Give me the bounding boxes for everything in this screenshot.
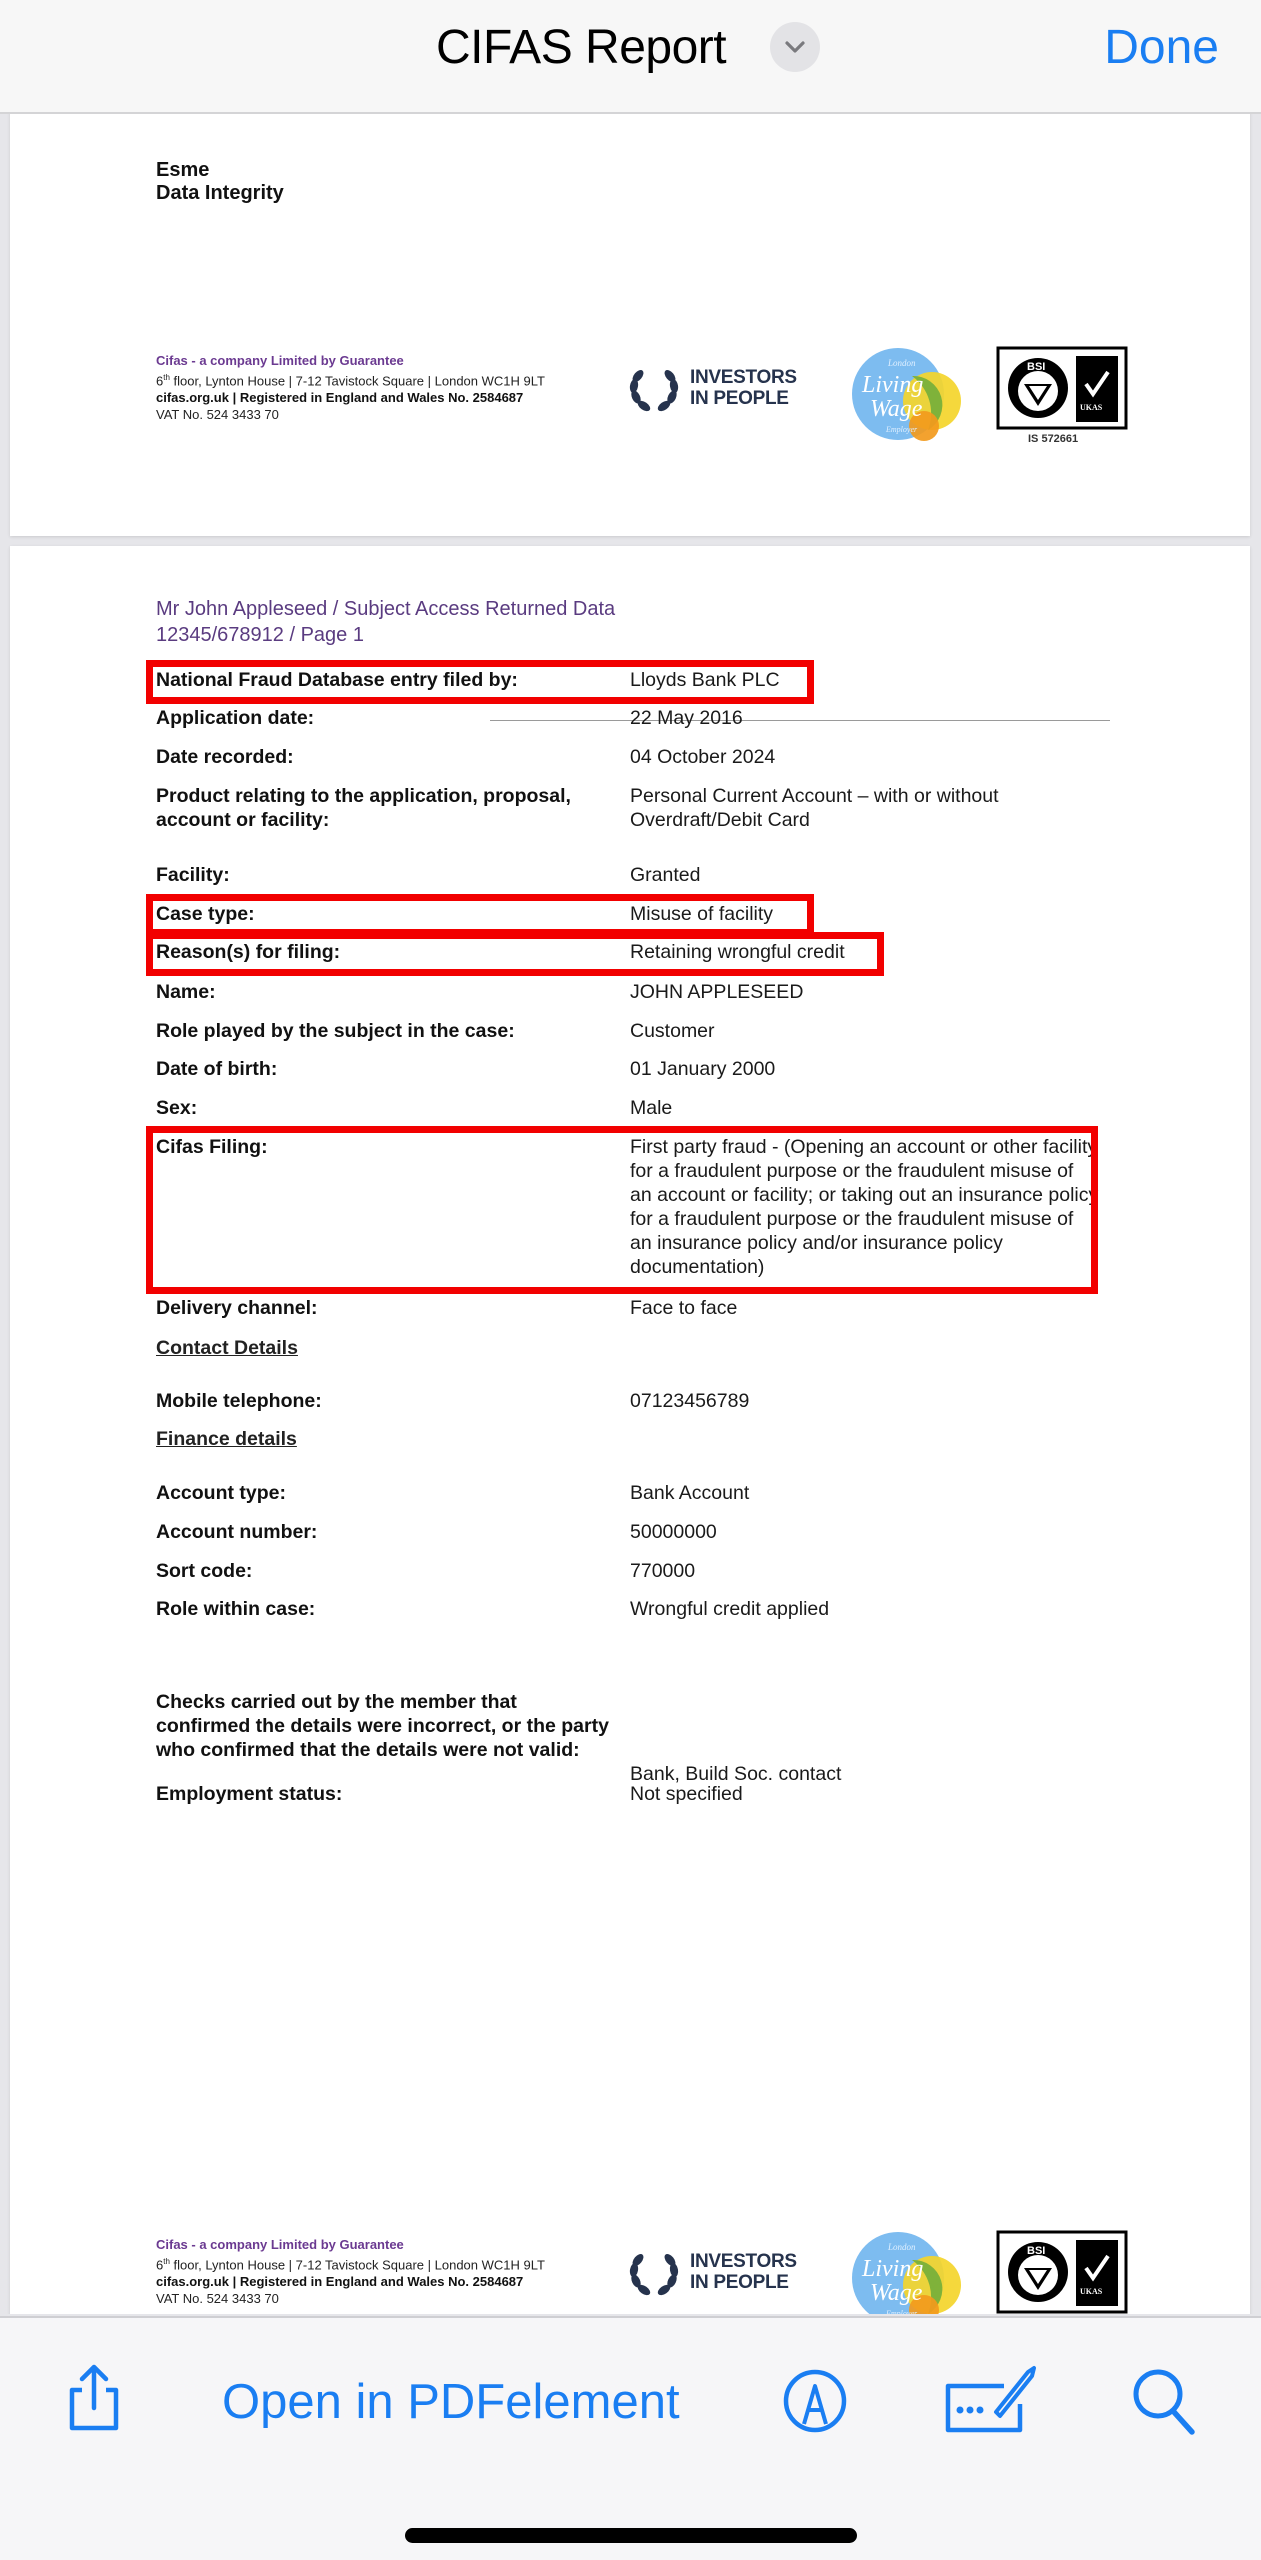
field-label: Sort code: (156, 1559, 616, 1583)
navigation-bar: CIFAS Report Done (0, 0, 1261, 114)
footer-company-info: Cifas - a company Limited by Guarantee 6… (156, 2236, 545, 2307)
page-footer: Cifas - a company Limited by Guarantee 6… (156, 2236, 1156, 2314)
search-button[interactable] (1130, 2366, 1198, 2441)
page-footer: Cifas - a company Limited by Guarantee 6… (156, 352, 1156, 472)
signature-department: Data Integrity (156, 182, 284, 205)
field-value: 01 January 2000 (630, 1057, 1100, 1081)
signature-button[interactable] (942, 2364, 1038, 2439)
investors-in-people-logo: INVESTORSIN PEOPLE (628, 2246, 797, 2298)
field-label: Delivery channel: (156, 1296, 616, 1320)
title-menu-button[interactable] (770, 22, 820, 72)
field-value: 50000000 (630, 1520, 1100, 1544)
field-value: Face to face (630, 1296, 1100, 1320)
svg-text:IS 572661: IS 572661 (1028, 433, 1078, 445)
open-in-pdfelement-button[interactable]: Open in PDFelement (222, 2372, 680, 2432)
footer-address: 6th floor, Lynton House | 7-12 Tavistock… (156, 369, 545, 389)
field-label: Date recorded: (156, 745, 616, 769)
footer-vat: VAT No. 524 3433 70 (156, 406, 545, 423)
investors-in-people-logo: INVESTORSIN PEOPLE (628, 362, 797, 414)
bottom-toolbar: Open in PDFelement (0, 2316, 1261, 2560)
field-value: Male (630, 1096, 1100, 1120)
field-label: Product relating to the application, pro… (156, 784, 616, 832)
field-value: 07123456789 (630, 1389, 1100, 1413)
bsi-ukas-certification-logo: BSI UKAS IS 572661 (996, 346, 1130, 446)
field-label: Sex: (156, 1096, 616, 1120)
signature-name: Esme (156, 159, 284, 182)
field-value: Granted (630, 863, 1100, 887)
share-icon (64, 2362, 124, 2434)
svg-text:Wage: Wage (870, 2280, 923, 2306)
field-value: 04 October 2024 (630, 745, 1100, 769)
field-label: Employment status: (156, 1782, 616, 1806)
highlight-box (146, 1126, 1098, 1294)
signature-block: Esme Data Integrity (156, 159, 284, 205)
home-indicator[interactable] (405, 2528, 857, 2543)
field-value: 770000 (630, 1559, 1100, 1583)
signature-icon (942, 2364, 1038, 2434)
field-label: Account number: (156, 1520, 616, 1544)
field-label: Application date: (156, 706, 616, 730)
svg-text:BSI: BSI (1027, 2245, 1045, 2257)
section-heading-finance: Finance details (156, 1428, 297, 1451)
laurel-wreath-icon (628, 362, 680, 414)
footer-company: Cifas - a company Limited by Guarantee (156, 2236, 545, 2253)
footer-registration: cifas.org.uk | Registered in England and… (156, 389, 545, 406)
document-header: Mr John Appleseed / Subject Access Retur… (156, 596, 615, 648)
search-icon (1130, 2366, 1198, 2436)
footer-vat: VAT No. 524 3433 70 (156, 2290, 545, 2307)
field-label: Account type: (156, 1481, 616, 1505)
footer-registration: cifas.org.uk | Registered in England and… (156, 2273, 545, 2290)
field-value: Not specified (630, 1782, 1100, 1806)
field-label: Facility: (156, 863, 616, 887)
svg-text:UKAS: UKAS (1080, 403, 1103, 412)
done-button[interactable]: Done (1104, 18, 1219, 78)
section-heading-contact: Contact Details (156, 1337, 298, 1360)
field-label: Role within case: (156, 1597, 616, 1621)
field-label: Date of birth: (156, 1057, 616, 1081)
svg-text:Employer: Employer (885, 2309, 918, 2314)
svg-text:UKAS: UKAS (1080, 2287, 1103, 2296)
field-value: Bank Account (630, 1481, 1100, 1505)
field-label: Checks carried out by the member that co… (156, 1690, 616, 1762)
share-button[interactable] (64, 2362, 124, 2439)
london-living-wage-logo: London Living Wage Employer (842, 346, 962, 446)
field-label: Name: (156, 980, 616, 1004)
bsi-ukas-certification-logo: BSI UKAS IS 572661 (996, 2230, 1130, 2314)
highlight-box (146, 894, 814, 936)
field-value: Customer (630, 1019, 1100, 1043)
field-label: Mobile telephone: (156, 1389, 616, 1413)
svg-text:London: London (887, 2242, 916, 2252)
pdf-page-previous: Esme Data Integrity Cifas - a company Li… (10, 114, 1250, 536)
footer-company-info: Cifas - a company Limited by Guarantee 6… (156, 352, 545, 423)
highlight-box (146, 932, 884, 976)
field-label: Role played by the subject in the case: (156, 1019, 616, 1043)
document-header-reference: 12345/678912 / Page 1 (156, 622, 615, 648)
svg-text:Living: Living (861, 372, 923, 398)
svg-text:BSI: BSI (1027, 361, 1045, 373)
svg-text:Employer: Employer (885, 425, 918, 434)
pdf-viewer[interactable]: Esme Data Integrity Cifas - a company Li… (0, 114, 1261, 2314)
chevron-down-icon (784, 40, 806, 54)
document-header-subject: Mr John Appleseed / Subject Access Retur… (156, 596, 615, 622)
highlight-box (146, 660, 814, 704)
laurel-wreath-icon (628, 2246, 680, 2298)
footer-address: 6th floor, Lynton House | 7-12 Tavistock… (156, 2253, 545, 2273)
markup-button[interactable] (782, 2368, 848, 2439)
svg-text:Wage: Wage (870, 396, 923, 422)
markup-pen-icon (782, 2368, 848, 2434)
svg-text:Living: Living (861, 2256, 923, 2282)
field-value: JOHN APPLESEED (630, 980, 1100, 1004)
document-title[interactable]: CIFAS Report (436, 18, 726, 78)
footer-company: Cifas - a company Limited by Guarantee (156, 352, 545, 369)
field-value: Personal Current Account – with or witho… (630, 784, 1100, 832)
field-value: Wrongful credit applied (630, 1597, 1100, 1621)
field-value: 22 May 2016 (630, 706, 1100, 730)
svg-text:London: London (887, 358, 916, 368)
london-living-wage-logo: London Living Wage Employer (842, 2230, 962, 2314)
pdf-page-1: Mr John Appleseed / Subject Access Retur… (10, 546, 1250, 2314)
